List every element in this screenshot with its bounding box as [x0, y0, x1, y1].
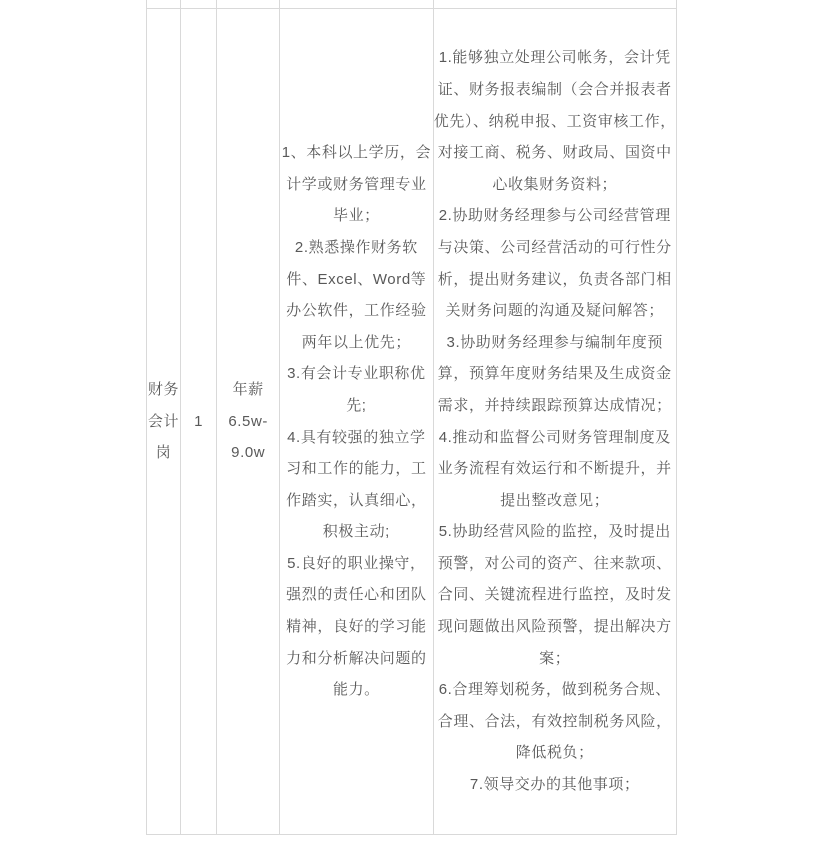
salary-line: 年薪: [217, 374, 279, 406]
duty-item: 3.协助财务经理参与编制年度预算，预算年度财务结果及生成资金需求，并持续跟踪预算…: [434, 327, 676, 422]
salary-line: 9.0w: [217, 437, 279, 469]
requirement-item: 1、本科以上学历，会计学或财务管理专业毕业；: [280, 137, 432, 232]
requirement-item: 5.良好的职业操守，强烈的责任心和团队精神，良好的学习能力和分析解决问题的能力。: [280, 548, 432, 706]
duty-item: 5.协助经营风险的监控，及时提出预警，对公司的资产、往来款项、合同、关键流程进行…: [434, 516, 676, 674]
table-row-finance-accounting: 财务会计岗 1 年薪6.5w-9.0w 1、本科以上学历，会计学或财务管理专业毕…: [147, 9, 677, 835]
duties-cell: 1.能够独立处理公司帐务，会计凭证、财务报表编制（会合并报表者优先）、纳税申报、…: [433, 9, 676, 835]
sliver-cell-position: [147, 0, 181, 9]
salary-cell: 年薪6.5w-9.0w: [217, 9, 280, 835]
salary-line: 6.5w-: [217, 406, 279, 438]
requirement-item: 4.具有较强的独立学习和工作的能力，工作踏实，认真细心，积极主动;: [280, 422, 432, 548]
duty-item: 4.推动和监督公司财务管理制度及业务流程有效运行和不断提升，并提出整改意见；: [434, 422, 676, 517]
sliver-cell-headcount: [181, 0, 217, 9]
sliver-cell-requirements: [280, 0, 433, 9]
duty-item: 2.协助财务经理参与公司经营管理与决策、公司经营活动的可行性分析，提出财务建议，…: [434, 200, 676, 326]
duty-item: 1.能够独立处理公司帐务，会计凭证、财务报表编制（会合并报表者优先）、纳税申报、…: [434, 42, 676, 200]
requirement-item: 2.熟悉操作财务软件、Excel、Word等办公软件，工作经验两年以上优先；: [280, 232, 432, 358]
requirement-item: 3.有会计专业职称优先;: [280, 358, 432, 421]
requirements-cell: 1、本科以上学历，会计学或财务管理专业毕业；2.熟悉操作财务软件、Excel、W…: [280, 9, 433, 835]
sliver-cell-duties: [433, 0, 676, 9]
duty-item: 6.合理筹划税务，做到税务合规、合理、合法，有效控制税务风险，降低税负；: [434, 674, 676, 769]
job-table-container: 财务会计岗 1 年薪6.5w-9.0w 1、本科以上学历，会计学或财务管理专业毕…: [146, 0, 677, 835]
position-cell: 财务会计岗: [147, 9, 181, 835]
job-posting-table: 财务会计岗 1 年薪6.5w-9.0w 1、本科以上学历，会计学或财务管理专业毕…: [146, 0, 677, 835]
document-page: 财务会计岗 1 年薪6.5w-9.0w 1、本科以上学历，会计学或财务管理专业毕…: [0, 0, 816, 846]
headcount-cell: 1: [181, 9, 217, 835]
previous-row-sliver: [147, 0, 677, 9]
sliver-cell-salary: [217, 0, 280, 9]
duty-item: 7.领导交办的其他事项；: [434, 769, 676, 801]
